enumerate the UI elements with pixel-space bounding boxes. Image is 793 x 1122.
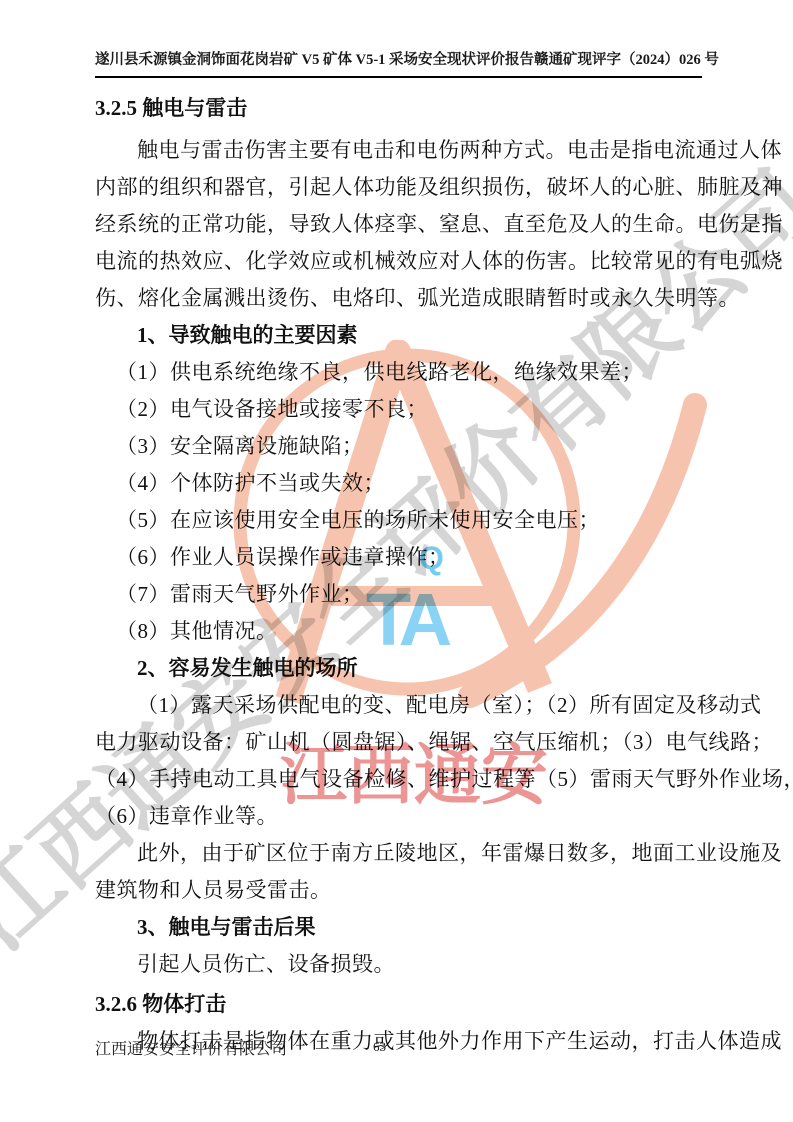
section-heading-325: 3.2.5 触电与雷击 (95, 93, 702, 123)
body-line: （6）违章作业等。 (95, 798, 702, 835)
section-heading-326: 3.2.6 物体打击 (95, 989, 702, 1019)
document-page: 江西通安安全评价有限公司 遂川县禾源镇金洞饰面花岗岩矿 V5 矿体 V5-1 采… (0, 0, 793, 1122)
body-line: 建筑物和人员易受雷击。 (95, 872, 702, 909)
body-line: 内部的组织和器官，引起人体功能及组织损伤，破坏人的心脏、肺脏及神 (95, 169, 702, 206)
body-line: （4）手持电动工具电气设备检修、维护过程等（5）雷雨天气野外作业场， (95, 761, 702, 798)
subheading-factors: 1、导致触电的主要因素 (95, 317, 702, 354)
body-line: 电流的热效应、化学效应或机械效应对人体的伤害。比较常见的有电弧烧 (95, 243, 702, 280)
body-line: 伤、熔化金属溅出烫伤、电烙印、弧光造成眼睛暂时或永久失明等。 (95, 280, 702, 317)
list-item: （5）在应该使用安全电压的场所未使用安全电压； (95, 502, 702, 539)
list-item: （1）供电系统绝缘不良，供电线路老化，绝缘效果差； (95, 354, 702, 391)
body-line: 经系统的正常功能，导致人体痉挛、窒息、直至危及人的生命。电伤是指 (95, 206, 702, 243)
list-item: （8）其他情况。 (95, 613, 702, 650)
header-doc-number: 赣通矿现评字（2024）026 号 (534, 48, 719, 69)
body-line: 电力驱动设备：矿山机（圆盘锯）、绳锯、空气压缩机；（3）电气线路； (95, 724, 702, 761)
page-footer: 江西通安安全评价有限公司 63 (95, 1036, 702, 1059)
paragraph-intro: 触电与雷击伤害主要有电击和电伤两种方式。电击是指电流通过人体 内部的组织和器官，… (95, 132, 702, 317)
paragraph-consequence: 引起人员伤亡、设备损毁。 (95, 946, 702, 983)
list-item: （4）个体防护不当或失效； (95, 465, 702, 502)
body-line: 此外，由于矿区位于南方丘陵地区，年雷爆日数多，地面工业设施及 (95, 835, 702, 872)
body-line: （1）露天采场供配电的变、配电房（室）；（2）所有固定及移动式 (95, 687, 702, 724)
subheading-consequence: 3、触电与雷击后果 (95, 909, 702, 946)
paragraph-places: （1）露天采场供配电的变、配电房（室）；（2）所有固定及移动式 电力驱动设备：矿… (95, 687, 702, 835)
paragraph-lightning: 此外，由于矿区位于南方丘陵地区，年雷爆日数多，地面工业设施及 建筑物和人员易受雷… (95, 835, 702, 909)
list-item: （6）作业人员误操作或违章操作； (95, 539, 702, 576)
header-rule (95, 76, 702, 78)
list-item: （2）电气设备接地或接零不良； (95, 391, 702, 428)
header-report-title: 遂川县禾源镇金洞饰面花岗岩矿 V5 矿体 V5-1 采场安全现状评价报告 (95, 48, 534, 69)
body-line: 触电与雷击伤害主要有电击和电伤两种方式。电击是指电流通过人体 (95, 132, 702, 169)
page-number: 63 (373, 1039, 386, 1055)
subheading-places: 2、容易发生触电的场所 (95, 650, 702, 687)
factors-list: （1）供电系统绝缘不良，供电线路老化，绝缘效果差； （2）电气设备接地或接零不良… (95, 354, 702, 650)
list-item: （3）安全隔离设施缺陷； (95, 428, 702, 465)
page-header: 遂川县禾源镇金洞饰面花岗岩矿 V5 矿体 V5-1 采场安全现状评价报告 赣通矿… (95, 0, 702, 69)
list-item: （7）雷雨天气野外作业； (95, 576, 702, 613)
footer-company: 江西通安安全评价有限公司 (95, 1041, 287, 1058)
